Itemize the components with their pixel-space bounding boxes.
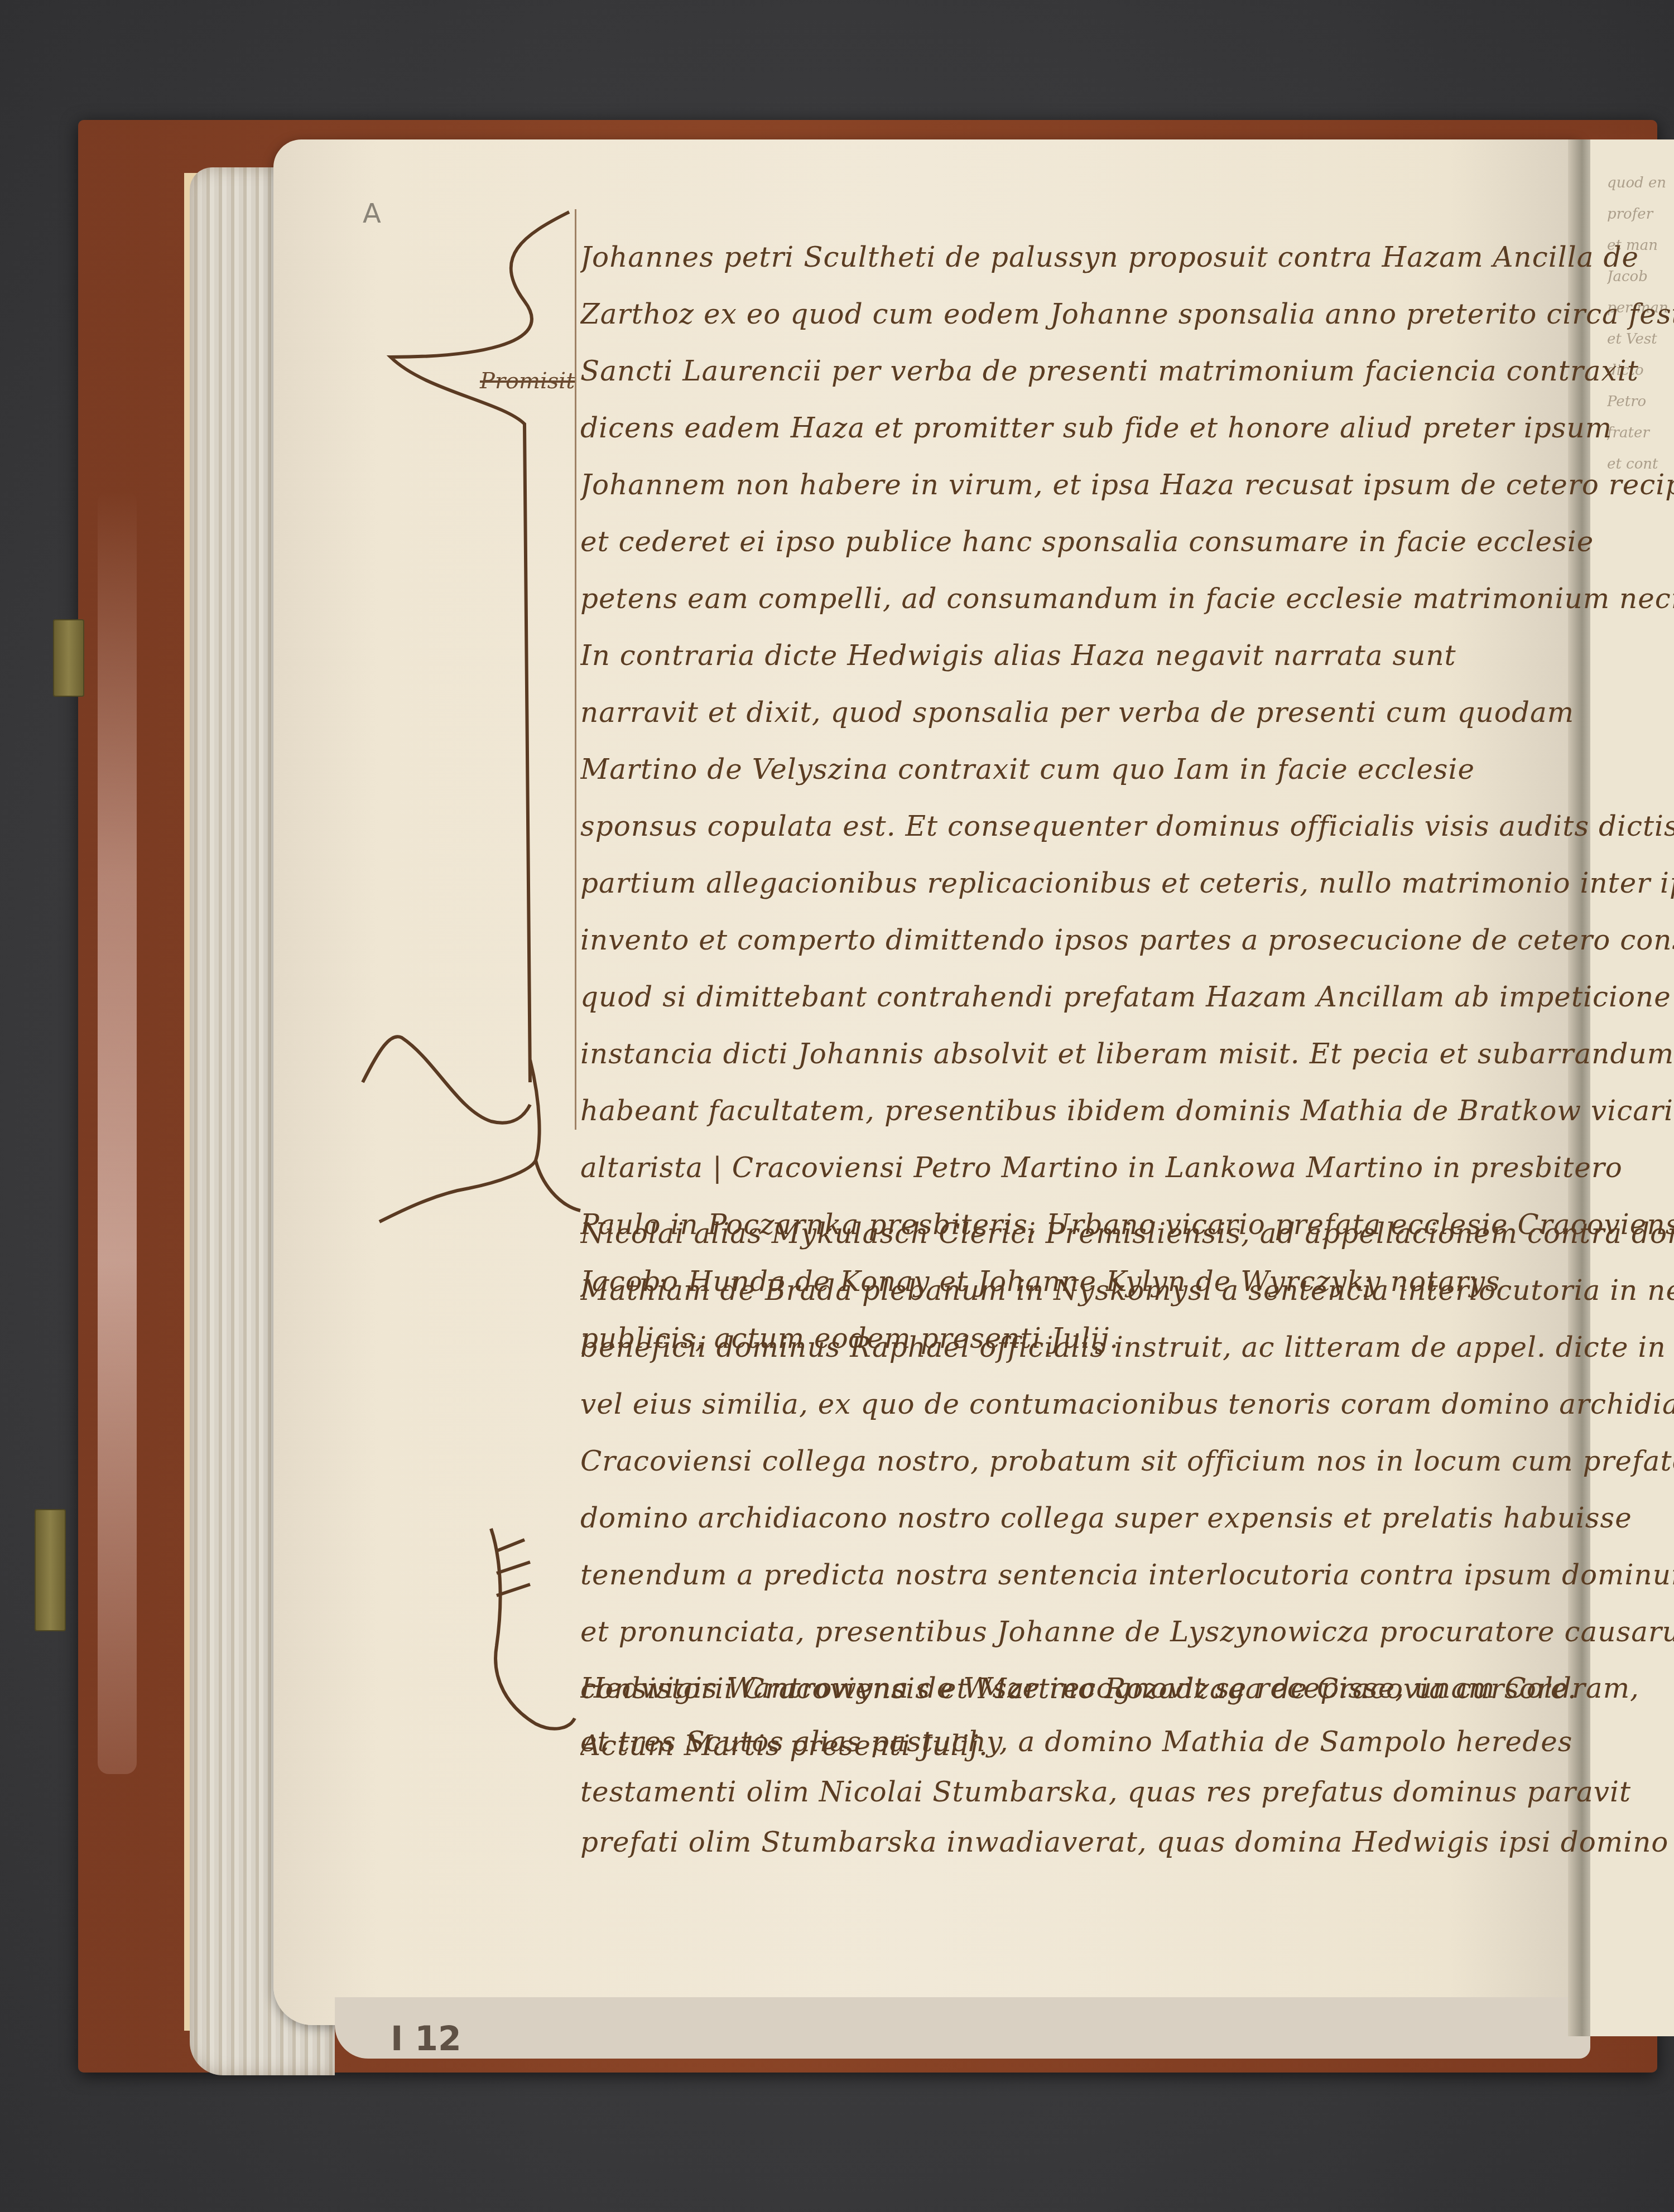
text-line: beneficii dominus Raphael officialis ins…: [580, 1319, 1674, 1376]
shelf-label: I 12: [391, 2020, 461, 2059]
initial-flourish-n: [357, 1015, 591, 1250]
text-line: narravit et dixit, quod sponsalia per ve…: [580, 684, 1674, 741]
text-line: Johannes petri Scultheti de palussyn pro…: [580, 229, 1674, 286]
text-line: tenendum a predicta nostra sentencia int…: [580, 1546, 1674, 1603]
text-line: vel eius similia, ex quo de contumacioni…: [580, 1376, 1674, 1433]
clasp-lower: [35, 1509, 66, 1631]
text-line: et tres Scutos alias pastuchy, a domino …: [580, 1717, 1668, 1767]
text-line: altarista | Cracoviensi Petro Martino in…: [580, 1139, 1674, 1196]
entry-1: Johannes petri Scultheti de palussyn pro…: [580, 229, 1674, 1367]
text-line: Martino de Velyszina contraxit cum quo I…: [580, 741, 1674, 798]
text-line: domino archidiacono nostro collega super…: [580, 1490, 1674, 1546]
text-line: sponsus copulata est. Et consequenter do…: [580, 798, 1674, 855]
text-line: Zarthoz ex eo quod cum eodem Johanne spo…: [580, 286, 1674, 343]
entry-3: Hedwigis Wantrowyna de Wsze recognovit s…: [580, 1660, 1668, 1867]
text-line: Nicolai alias Mykulasch Clerici Premisli…: [580, 1205, 1674, 1262]
text-line: dicens eadem Haza et promitter sub fide …: [580, 399, 1674, 456]
text-line: quod si dimittebant contrahendi prefatam…: [580, 968, 1674, 1025]
text-line: prefati olim Stumbarska inwadiaverat, qu…: [580, 1817, 1668, 1867]
text-line: Cracoviensi collega nostro, probatum sit…: [580, 1433, 1674, 1490]
clasp-upper: [53, 619, 84, 697]
text-line: Hedwigis Wantrowyna de Wsze recognovit s…: [580, 1660, 1668, 1717]
text-line: testamenti olim Nicolai Stumbarska, quas…: [580, 1767, 1668, 1817]
text-line: et pronunciata, presentibus Johanne de L…: [580, 1603, 1674, 1660]
cover-wear-mark: [98, 491, 137, 1774]
margin-note-promisit: Promisit: [480, 368, 575, 394]
text-line: partium allegacionibus replicacionibus e…: [580, 855, 1674, 912]
text-line: Mathiam de Brada plebanum in Nyskomysl a…: [580, 1262, 1674, 1319]
text-line: petens eam compelli, ad consumandum in f…: [580, 570, 1674, 627]
initial-flourish-h: [458, 1517, 580, 1752]
text-line: In contraria dicte Hedwigis alias Haza n…: [580, 627, 1674, 684]
facing-line: profer: [1607, 199, 1674, 230]
text-line: Johannem non habere in virum, et ipsa Ha…: [580, 456, 1674, 513]
text-line: Sancti Laurencii per verba de presenti m…: [580, 343, 1674, 399]
text-line: invento et comperto dimittendo ipsos par…: [580, 912, 1674, 968]
facing-line: quod en: [1607, 167, 1674, 199]
text-line: instancia dicti Johannis absolvit et lib…: [580, 1025, 1674, 1082]
text-line: habeant facultatem, presentibus ibidem d…: [580, 1082, 1674, 1139]
text-line: et cederet ei ipso publice hanc sponsali…: [580, 513, 1674, 570]
page-bottom-edge: [335, 1997, 1590, 2059]
initial-flourish-i: [357, 190, 591, 1138]
